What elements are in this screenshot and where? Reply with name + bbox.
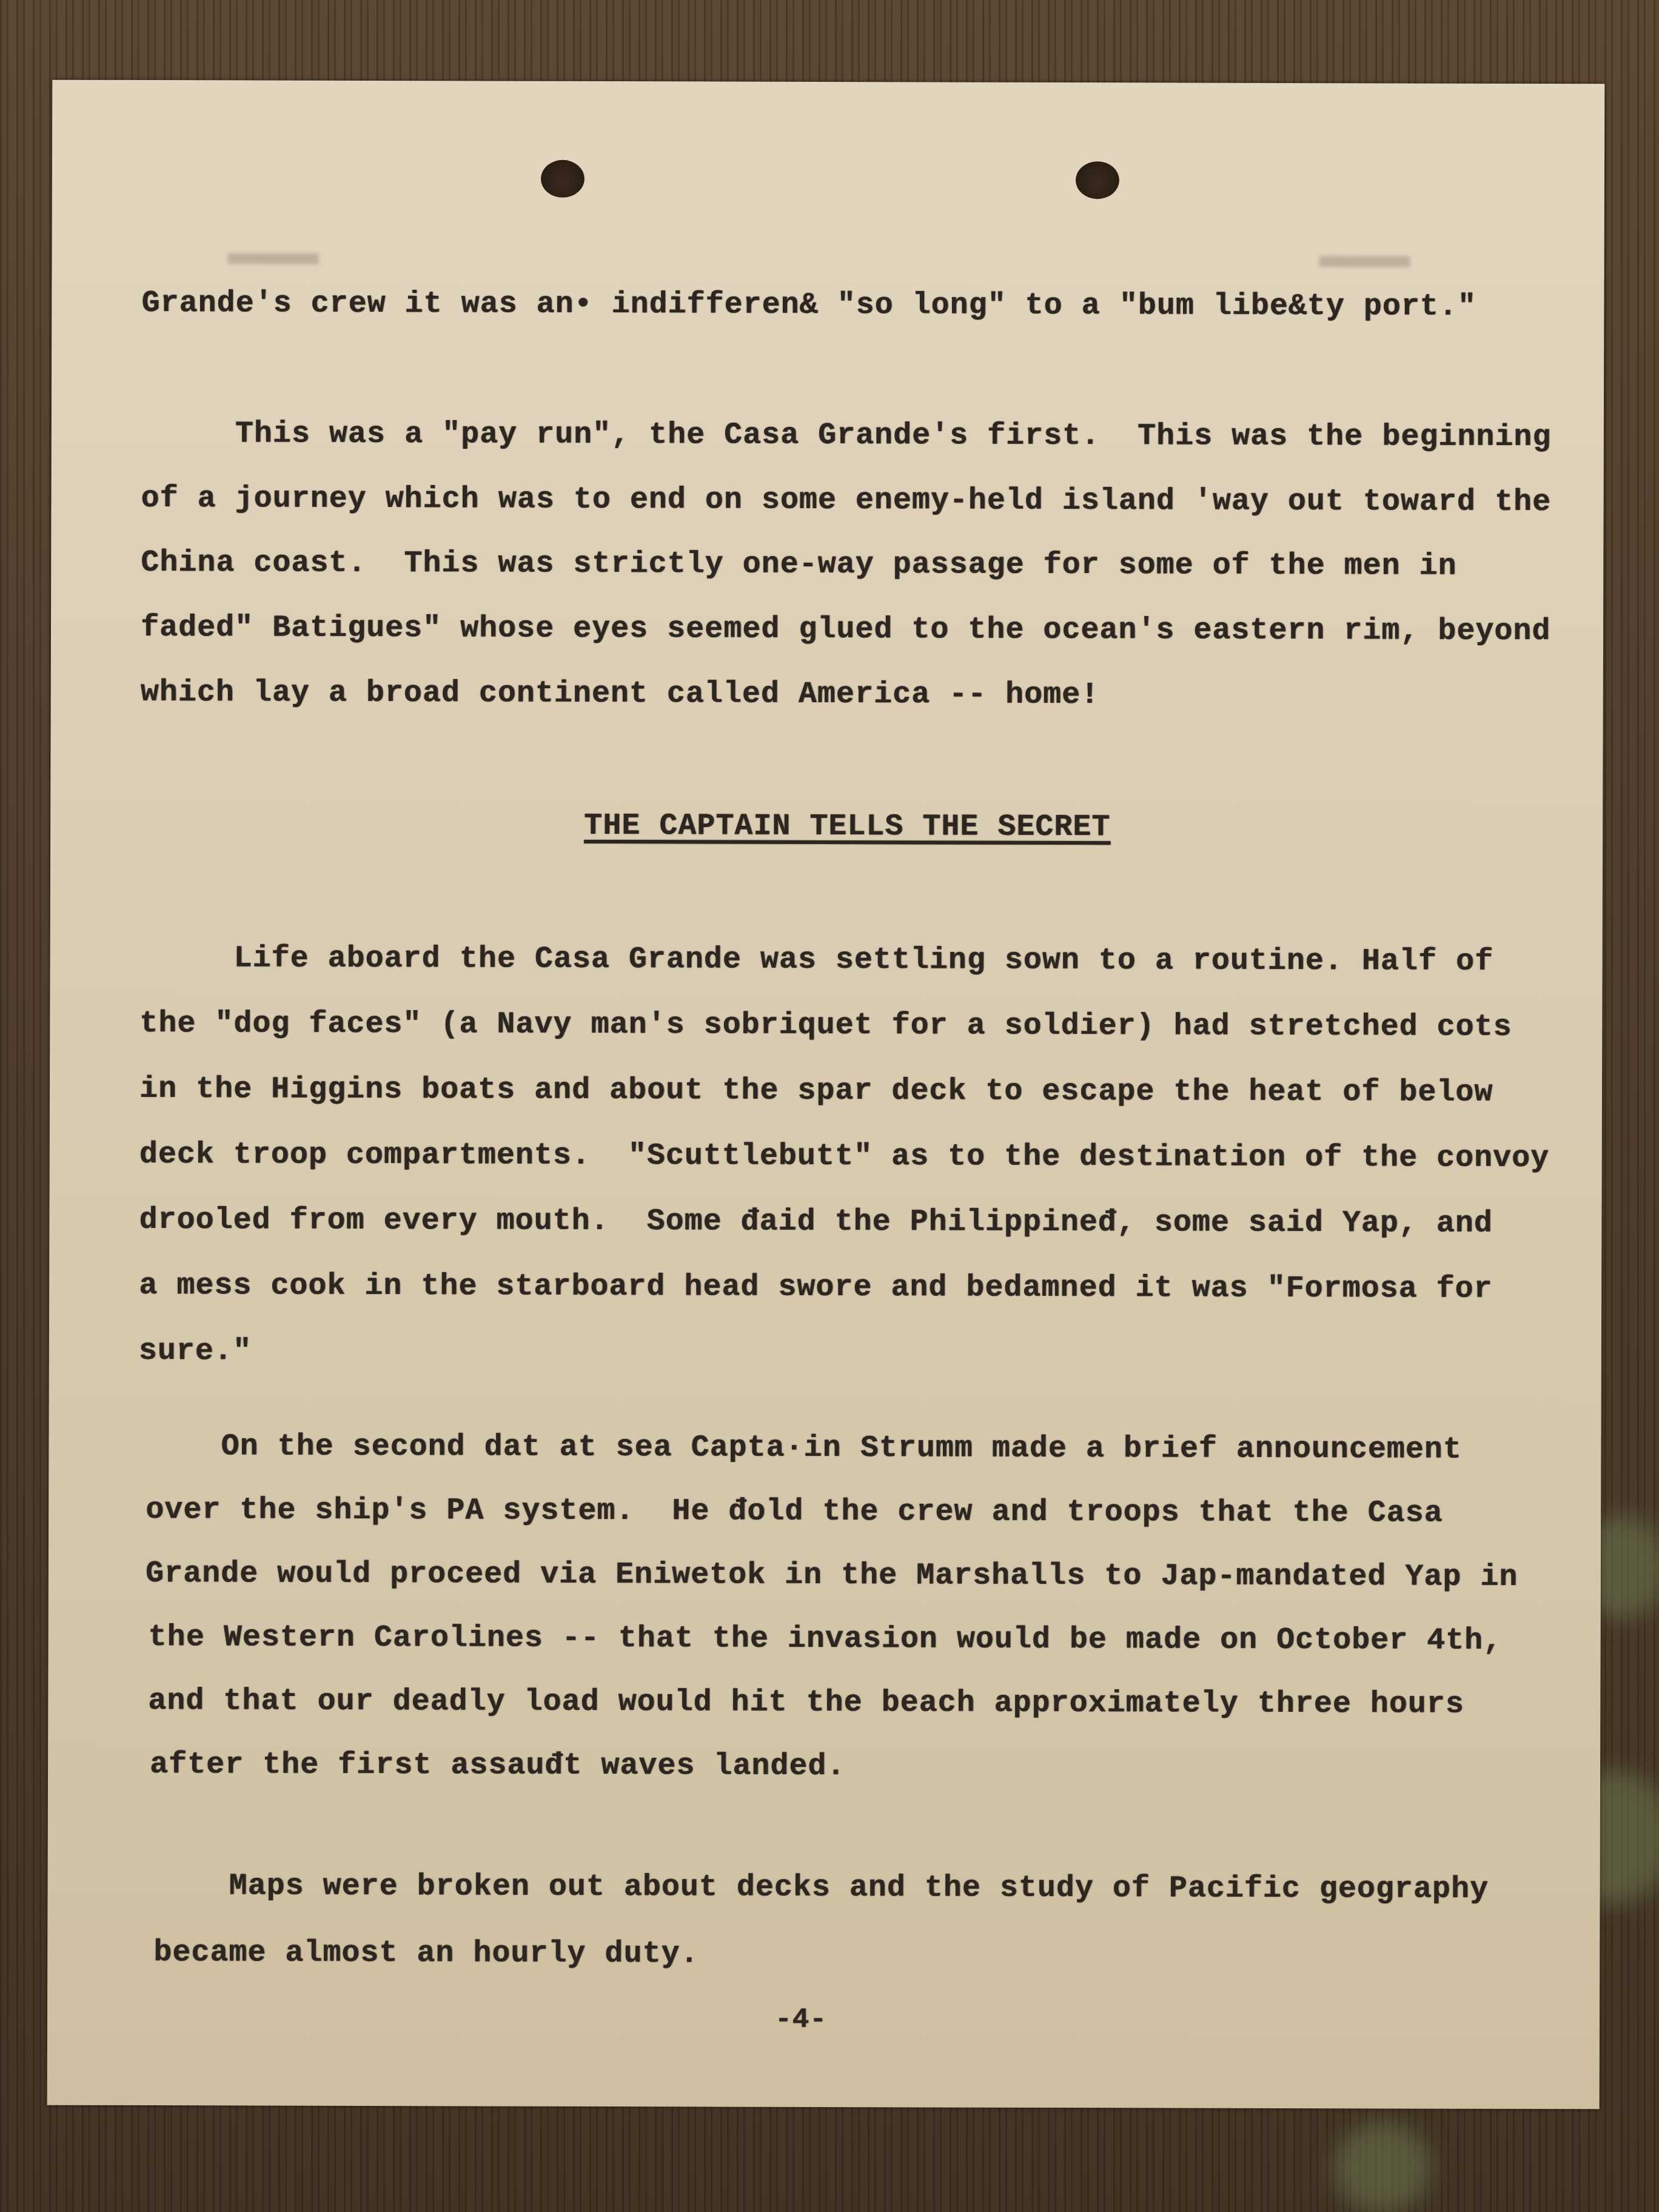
- typewritten-page: Grande's crew it was an• indifferen& "so…: [47, 80, 1605, 2110]
- text-line: Maps were broken out about decks and the…: [154, 1869, 1489, 1907]
- section-heading: THE CAPTAIN TELLS THE SECRET: [584, 809, 1110, 845]
- opening-line: Grande's crew it was an• indifferen& "so…: [141, 286, 1476, 324]
- text-line: of a journey which was to end on some en…: [141, 481, 1551, 520]
- text-line: On the second dat at sea Capta·in Strumm…: [146, 1429, 1461, 1467]
- text-line: China coast. This was strictly one-way p…: [141, 546, 1456, 584]
- paragraph-maps: Maps were broken out about decks and the…: [52, 80, 1604, 84]
- text-line: and that our deadly load would hit the b…: [148, 1684, 1464, 1722]
- text-line: deck troop compartments. "Scuttlebutt" a…: [139, 1138, 1550, 1176]
- text-line: in the Higgins boats and about the spar …: [139, 1072, 1493, 1110]
- paragraph-announcement: On the second dat at sea Capta·in Strumm…: [52, 80, 1604, 84]
- text-line: which lay a broad continent called Ameri…: [141, 675, 1099, 712]
- background-stain: [1334, 2122, 1431, 2212]
- text-line: faded" Batigues" whose eyes seemed glued…: [141, 611, 1551, 649]
- text-line: sure.": [139, 1334, 252, 1369]
- text-line: over the ship's PA system. He đold the c…: [146, 1493, 1443, 1531]
- text-line: after the first assauđt waves landed.: [150, 1748, 845, 1784]
- text-line: drooled from every mouth. Some đaid the …: [139, 1203, 1493, 1241]
- text-line: the Western Carolines -- that the invasi…: [149, 1620, 1503, 1658]
- text-line: became almost an hourly duty.: [153, 1935, 699, 1971]
- text-line: This was a "pay run", the Casa Grande's …: [141, 417, 1552, 455]
- document-body: Grande's crew it was an• indifferen& "so…: [47, 80, 1605, 2110]
- text-line: the "dog faces" (a Navy man's sobriquet …: [139, 1007, 1512, 1045]
- text-line: Life aboard the Casa Grande was settling…: [140, 941, 1494, 979]
- page-number: -4-: [775, 2004, 827, 2036]
- paragraph-pay-run: This was a "pay run", the Casa Grande's …: [52, 80, 1604, 84]
- text-line: Grande would proceed via Eniwetok in the…: [146, 1557, 1518, 1595]
- text-line: a mess cook in the starboard head swore …: [139, 1269, 1493, 1307]
- paragraph-life-aboard: Life aboard the Casa Grande was settling…: [52, 80, 1604, 84]
